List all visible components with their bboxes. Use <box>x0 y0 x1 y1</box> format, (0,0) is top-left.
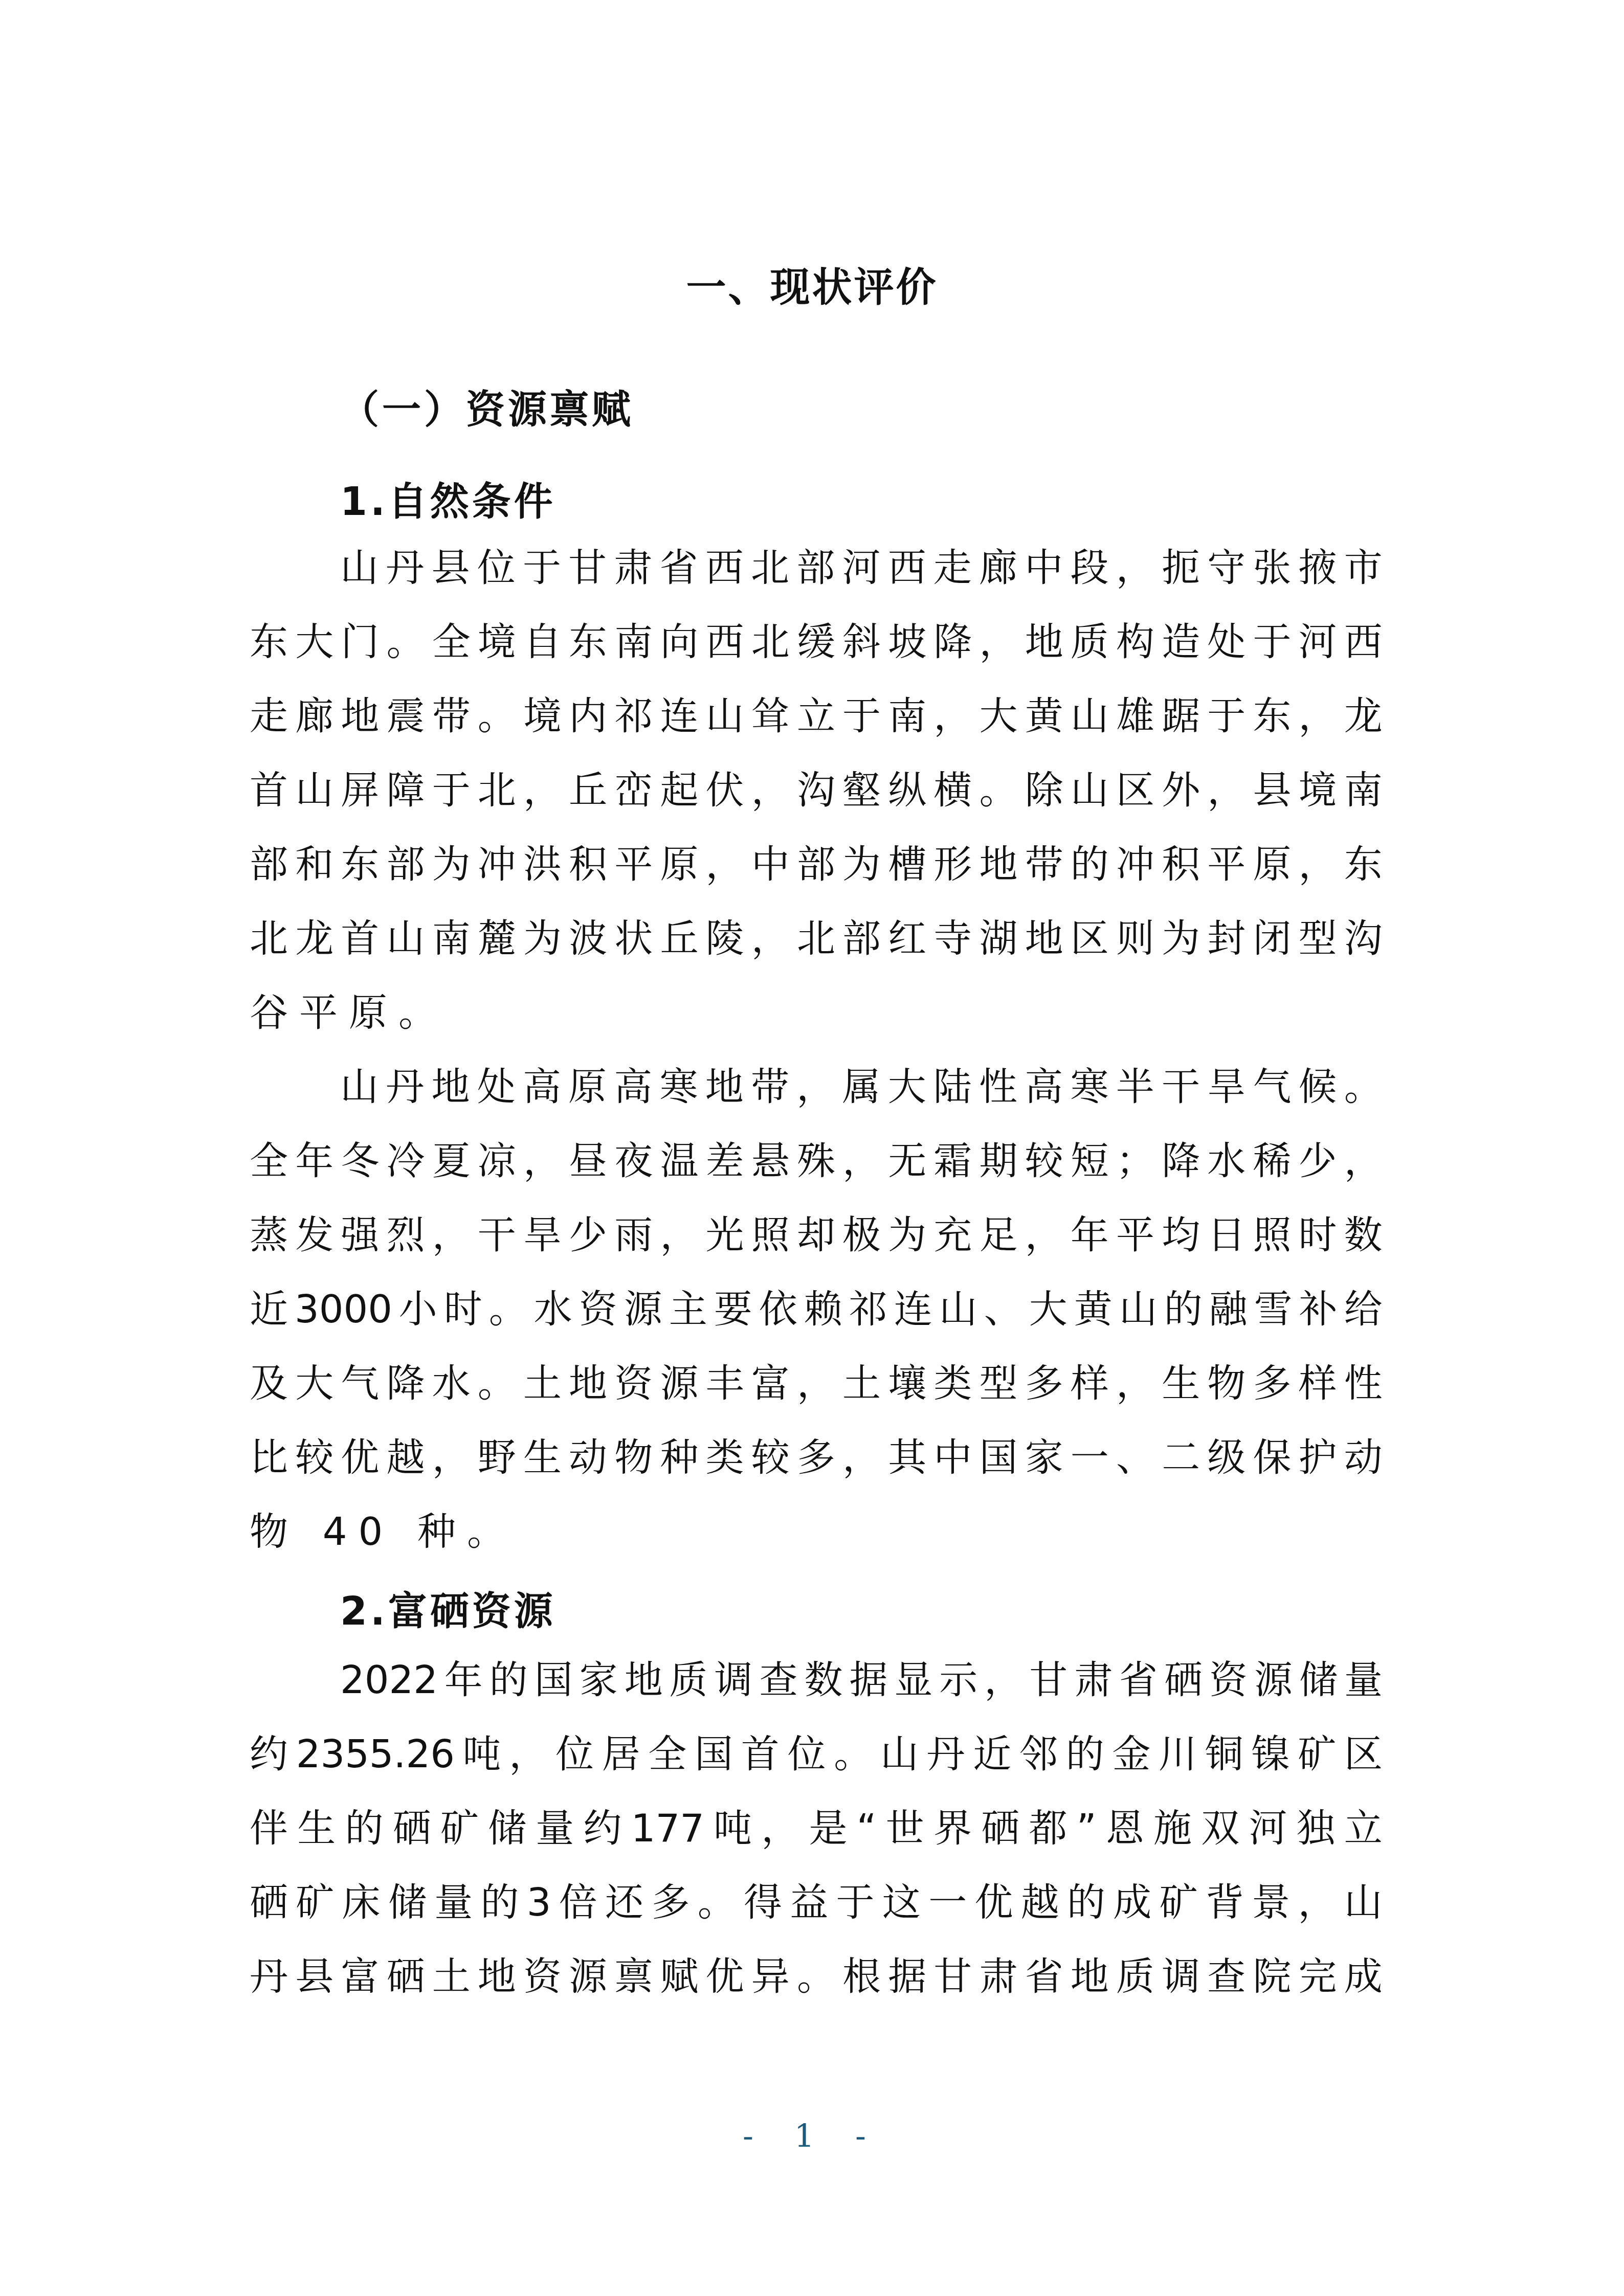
subsection-heading-natural-conditions: 1.自然条件 <box>340 470 556 526</box>
paragraph-line: 北龙首山南麓为波状丘陵，北部红寺湖地区则为封闭型沟 <box>250 913 1383 964</box>
paragraph-line: 比较优越，野生动物种类较多，其中国家一、二级保护动 <box>250 1432 1383 1483</box>
page-number: - 1 - <box>0 2117 1624 2154</box>
section-heading: （一）资源禀赋 <box>340 378 634 434</box>
paragraph-line: 伴生的硒矿储量约177吨，是“世界硒都”恩施双河独立 <box>250 1803 1383 1854</box>
paragraph-line: 及大气降水。土地资源丰富，土壤类型多样，生物多样性 <box>250 1358 1383 1409</box>
paragraph-line: 山丹县位于甘肃省西北部河西走廊中段，扼守张掖市 <box>340 542 1383 593</box>
paragraph-line: 全年冬冷夏凉，昼夜温差悬殊，无霜期较短；降水稀少， <box>250 1135 1383 1186</box>
paragraph-line: 物 40 种。 <box>250 1506 1383 1557</box>
paragraph-line: 首山屏障于北，丘峦起伏，沟壑纵横。除山区外，县境南 <box>250 764 1383 816</box>
paragraph-line: 部和东部为冲洪积平原，中部为槽形地带的冲积平原，东 <box>250 839 1383 890</box>
paragraph-line: 近3000小时。水资源主要依赖祁连山、大黄山的融雪补给 <box>250 1284 1383 1335</box>
paragraph-line: 东大门。全境自东南向西北缓斜坡降，地质构造处于河西 <box>250 616 1383 667</box>
page-title: 一、现状评价 <box>0 256 1624 313</box>
paragraph-line: 硒矿床储量的3倍还多。得益于这一优越的成矿背景，山 <box>250 1877 1383 1928</box>
paragraph-line: 谷平原。 <box>250 987 1383 1038</box>
paragraph-line: 2022年的国家地质调查数据显示，甘肃省硒资源储量 <box>340 1654 1383 1705</box>
subsection-heading-selenium-resources: 2.富硒资源 <box>340 1580 556 1636</box>
paragraph-line: 蒸发强烈，干旱少雨，光照却极为充足，年平均日照时数 <box>250 1209 1383 1260</box>
paragraph-line: 约2355.26吨，位居全国首位。山丹近邻的金川铜镍矿区 <box>250 1728 1383 1780</box>
paragraph-line: 走廊地震带。境内祁连山耸立于南，大黄山雄踞于东，龙 <box>250 690 1383 741</box>
paragraph-line: 丹县富硒土地资源禀赋优异。根据甘肃省地质调查院完成 <box>250 1951 1383 2002</box>
paragraph-line: 山丹地处高原高寒地带，属大陆性高寒半干旱气候。 <box>340 1061 1383 1112</box>
document-page: 一、现状评价 （一）资源禀赋 1.自然条件 山丹县位于甘肃省西北部河西走廊中段，… <box>0 0 1624 2296</box>
